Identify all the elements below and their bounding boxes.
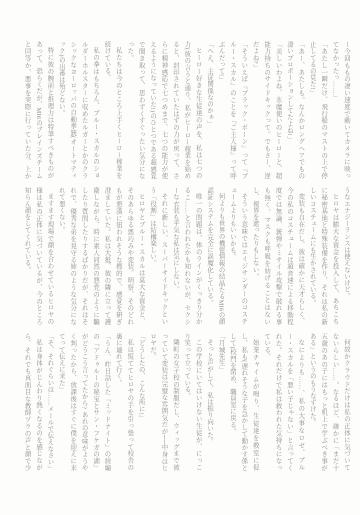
paragraph: 変装も自在だし、彼は確かに天才らしく、今の私のコスチュームは超音速による移動程度… (249, 187, 306, 325)
paragraph: 私の拳はもちろん、ブルー・スカルのショルダーホルスターに収めたルガーとかのクラシ… (55, 41, 101, 179)
paragraph: 「うん、昨日話した『ミッドナイト』の続編の『アドゥルーの秘宝とサン・フケガの湖』… (55, 333, 112, 471)
paragraph: ヒロヤとブルー・スカルは莫大な資金と、そのあらゆる悪巧みや変装、明察、そのどれも… (55, 187, 146, 325)
paragraph: 「へえ、主従関係なのかぁ」 (204, 41, 215, 179)
paragraph: 私は身体がじんわり熱くなるのを感じながら、それでも真面目な教師ヅラの声と顔で少年… (20, 333, 44, 471)
text-tier-upper: ー今回ももの凄い速度で動いてカメラに映ってなかったっ……」「あたし一瞬だけ、飛行… (20, 41, 352, 179)
paragraph: 「美しいわよね、氷魔使いのヒーローと、超能力持ちのサイドキックって。でもさー、逆… (249, 41, 283, 179)
text-tier-lower: 何故かクラウドだけは私の正体に気づいてないらしい……。なるほど、確かに「まだ十五… (20, 333, 352, 471)
paragraph: 「そういえば『ブラック・ボーン』って『ブルー・スカル』のことを『ご主人様』って呼… (215, 41, 249, 179)
paragraph: そっと声がして、私は振り向いた。 (204, 333, 215, 471)
paragraph: 隣町の女子校の制服だし、ウィッグまで被っていて変装は完璧な雰囲気だが──中身はヒ… (147, 333, 181, 471)
paragraph: 特に彼の腕前と推理力は特筆すべきものがあって、恐らくだが、MI6のブレインズチー… (20, 41, 55, 179)
paragraph: 「どうしたの、こんな所に!」 (135, 333, 146, 471)
paragraph: 始業チャイムが鳴り、生徒達を教室に促し、私も(遅れそうな子を急かして動かす係とし… (227, 333, 261, 471)
paragraph: ヒーロー好きな生徒達の声を、私は七つの力(彼の言うと通り、私がヒーロー稼業を始め… (124, 41, 204, 179)
paragraph: うなエナジーランスは使えないけど。 (341, 187, 352, 325)
paragraph: 「月城先生」 (215, 333, 226, 471)
scanned-book-page: ー今回ももの凄い速度で動いてカメラに映ってなかったっ……」「あたし一瞬だけ、飛行… (0, 0, 360, 515)
paragraph: 「そ、それぐらいは……メールで伝えなさい」 (44, 333, 55, 471)
paragraph: この学校にいてはいけない生徒が、にっこり笑って立っている。 (181, 333, 204, 471)
paragraph: 「あー、あたしも。なんかロングヘアでもの凄いプロポーションしてたよね!」 (284, 41, 307, 179)
paragraph: ヒロヤは膨大な資金を投入して、あちこちに秘密基地と特殊装備を作り、それは私の新し… (306, 187, 340, 325)
paragraph: 唯一の問題は、体のラインがくっきり分かるこ……と言われたかも知れないが、セクシー… (170, 187, 204, 325)
paragraph: ますます現場で顔を合わせているヒロヤの様は私の正体に気づいているが、今のところ知… (21, 187, 55, 325)
paragraph: 「あたし一瞬だけ、飛行船のマストの上で停止してるの見た!」 (306, 41, 329, 179)
paragraph: なによりも……、私の大事なロゼ、ブルー・スカルを「悪い子じゃない」と言ってくれた… (261, 333, 307, 471)
paragraph: 私たちは今のところ上手くヒーロー稼業を続けている。 (101, 41, 124, 179)
paragraph: そういう意味ではエイジサンダーのコスチュームよりもいいかも。 (227, 187, 250, 325)
paragraph: 私は慌ててヒロヤの手を引っ張って校舎の裏に連れて行く。 (112, 333, 135, 471)
paragraph: ー今回ももの凄い速度で動いてカメラに映ってなかったっ……」 (329, 41, 352, 179)
paragraph: 何故かクラウドだけは私の正体に気づいてないらしい……。なるほど、確かに「まだ十五… (306, 333, 352, 471)
paragraph: それに新しい、スーパーサイドキックという「役割」は結構楽しい。 (147, 187, 170, 325)
text-tier-middle: うなエナジーランスは使えないけど。ヒロヤは膨大な資金を投入して、あちこちに秘密基… (20, 187, 352, 325)
paragraph: 何よりも世界の機密情報の結晶たるMI6の顔認証システムを完全に誤魔化している。 (204, 187, 227, 325)
